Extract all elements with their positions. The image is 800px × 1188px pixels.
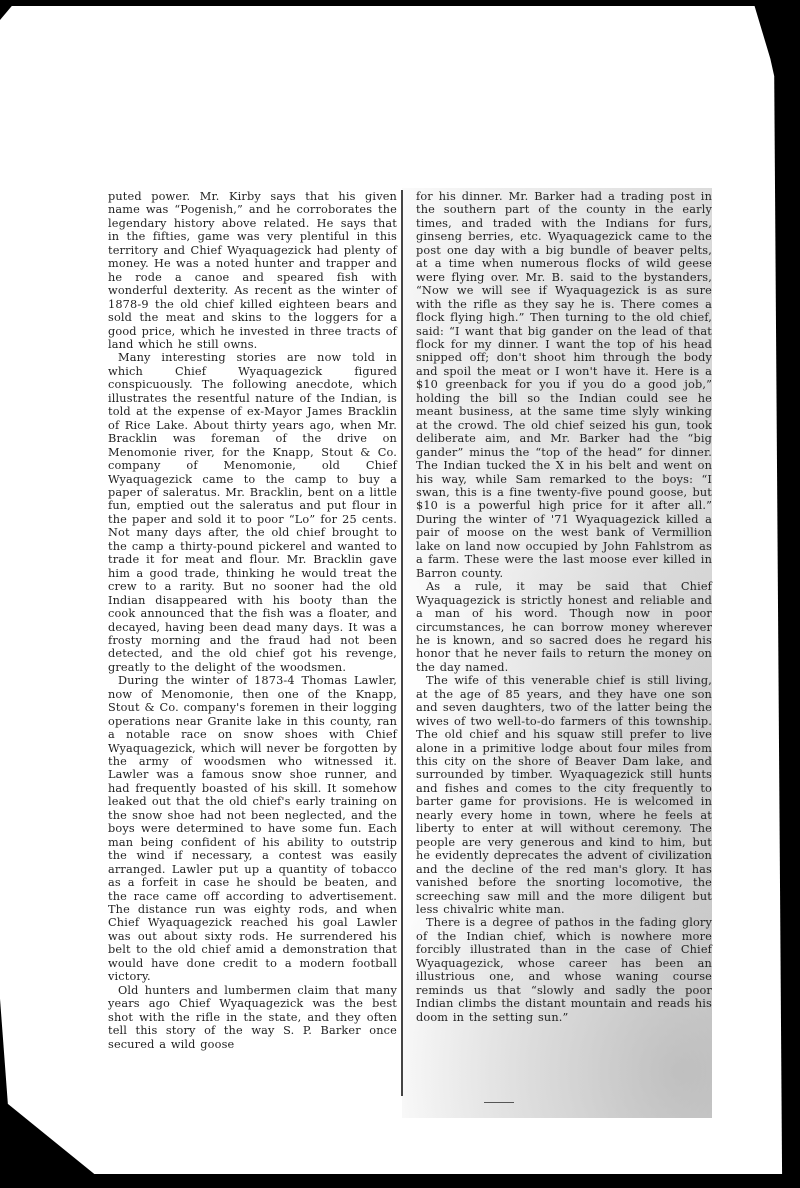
paragraph: Many interesting stories are now told in… <box>108 351 397 674</box>
paragraph: Old hunters and lumbermen claim that man… <box>108 984 397 1051</box>
paragraph: The wife of this venerable chief is stil… <box>416 674 712 916</box>
paragraph: As a rule, it may be said that Chief Wya… <box>416 580 712 674</box>
article-column-left: puted power. Mr. Kirby says that his giv… <box>108 190 397 1051</box>
end-of-article-rule <box>484 1102 514 1103</box>
scan-border-right <box>786 0 800 1188</box>
article-column-right: for his dinner. Mr. Barker had a trading… <box>412 190 712 1024</box>
paragraph: puted power. Mr. Kirby says that his giv… <box>108 190 397 351</box>
paragraph: There is a degree of pathos in the fadin… <box>416 916 712 1024</box>
paragraph: for his dinner. Mr. Barker had a trading… <box>416 190 712 580</box>
scan-border-bottom <box>0 1174 800 1188</box>
paragraph: During the winter of 1873-4 Thomas Lawle… <box>108 674 397 983</box>
column-divider <box>401 190 403 1096</box>
